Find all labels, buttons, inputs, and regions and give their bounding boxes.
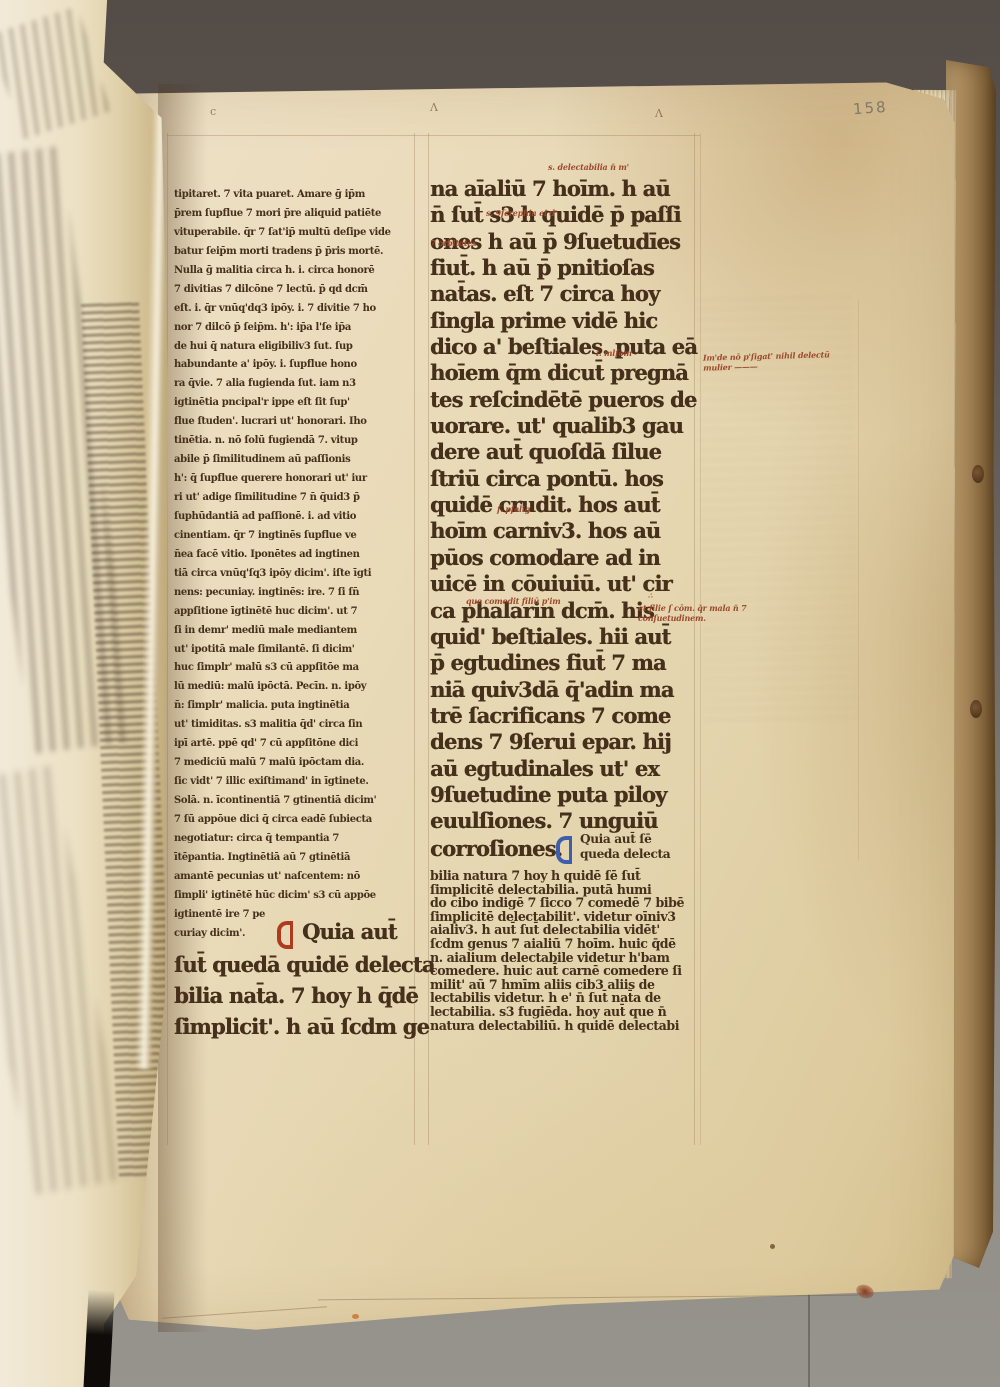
- backdrop-crease: [808, 1292, 810, 1387]
- ruling-line: [700, 133, 701, 1145]
- text-line: ut' ipotitā male ſimilantē. ſi dicim': [174, 641, 391, 660]
- text-line: trē ſacrificans 7 come: [430, 703, 697, 729]
- text-line: Quia aut̄ ſē: [580, 832, 670, 847]
- right-column-commentary-intro: Quia aut̄ ſēqueda delecta: [580, 832, 670, 862]
- text-line: vituperabile. q̄r 7 ſat'ip̄ multū deſipe…: [174, 224, 391, 243]
- left-column-large-text: ſut̄ quedā quidē delectabilia nat̄a. 7 h…: [174, 949, 435, 1042]
- margin-note: Im'de nō p'ſigat' nihil delectū mulier —…: [703, 349, 830, 372]
- text-line: euulſiones. 7 unguiū: [430, 808, 697, 834]
- margin-note-mark: ∴: [648, 591, 652, 600]
- text-line: 7 ſū appōue dici q̄ circa eadē ſubiecta: [174, 811, 391, 830]
- text-line: na aīaliū 7 hoīm. h aū: [430, 176, 697, 202]
- marginal-gloss: 7 orbitates: [430, 238, 477, 248]
- text-line: natura delectabiliū. h quidē delectabi: [430, 1019, 684, 1033]
- text-line: abile p̄ ſimilitudinem aū paſſionis: [174, 451, 391, 470]
- text-line: hoīem q̄m dicut̄ pregnā: [430, 360, 697, 386]
- text-line: de hui q̄ natura eligibiliv3 ſut. ſup: [174, 338, 391, 357]
- interlinear-gloss: ſ. pſalig: [497, 504, 530, 514]
- red-paraph-mark: [277, 921, 293, 949]
- text-line: conſuetudinem.: [638, 613, 747, 623]
- right-column-commentary: bilia natura 7 hoy h quidē ſē ſut̄ſimpli…: [430, 869, 684, 1032]
- margin-note: et filie ſ cōm. q̄r mala n̄ 7 conſuetudi…: [638, 603, 747, 623]
- text-line: ut' timiditas. s3 malitia q̄d' circa ſin: [174, 716, 391, 735]
- text-line: ri ut' adige ſimilitudine 7 n̄ q̄uid3 p̄: [174, 489, 391, 508]
- text-line: igtinētia pncipal'r ippe eſt ſit ſup': [174, 394, 391, 413]
- text-line: p̄rem ſupflue 7 mori p̄re aliquid patiēt…: [174, 205, 391, 224]
- clasp-mark: [972, 465, 984, 483]
- text-line: ſimpli' igtinētē hūc dicim' s3 cū appōe: [174, 887, 391, 906]
- text-line: Solā. n. īcontinentiā 7 gtinentiā dicim': [174, 792, 391, 811]
- text-line: cinentiam. q̄r 7 ingtinēs ſupflue ve: [174, 527, 391, 546]
- text-line: tinētia. n. nō ſolū fugiendā 7. vitup: [174, 432, 391, 451]
- text-line: ſimplicit'. h aū ſcdm ge: [174, 1011, 435, 1042]
- text-line: tes reſcindētē pueros de: [430, 387, 697, 413]
- text-line: niā quiv3dā q̄'adin ma: [430, 677, 697, 703]
- text-line: et filie ſ cōm. q̄r mala n̄ 7: [638, 603, 747, 613]
- text-line: ſtriū circa pontū. hos: [430, 466, 697, 492]
- text-line: ſcdm genus 7 aialiū 7 hoīm. huic q̄dē: [430, 937, 684, 951]
- text-line: do cibo indigē 7 ſicco 7 comedē 7 bibē: [430, 896, 684, 910]
- gutter-shadow-bottom: [83, 1289, 114, 1387]
- text-line: quidē crudit. hos aut̄: [430, 492, 697, 518]
- text-line: quid' beſtiales. hii aut̄: [430, 624, 697, 650]
- text-line: habundante a' ipōy. i. ſupflue hono: [174, 356, 391, 375]
- text-line: flue ſtuden'. lucrari ut' honorari. Iho: [174, 413, 391, 432]
- right-column-text: na aīaliū 7 hoīm. h aūn̄ ſut̄ s3 h quidē…: [430, 176, 697, 835]
- text-line: queda delecta: [580, 847, 670, 862]
- ruling-line: [167, 133, 168, 1145]
- text-line: tiā circa vnūq'ſq3 ipōy dicim'. iſte īgt…: [174, 565, 391, 584]
- text-line: Nulla ḡ malitia circa h. i. circa honorē: [174, 262, 391, 281]
- text-line: n̄ea facē vitio. Iponētes ad ingtinen: [174, 546, 391, 565]
- text-line: dico a' beſtiales. puta eā: [430, 334, 697, 360]
- right-column-last-large-line: corroſiones.: [430, 836, 562, 861]
- text-line: ſimplicitē delectabilia. putā humi: [430, 883, 684, 897]
- ruling-line: [167, 135, 700, 136]
- text-line: amantē pecunias ut' naſcentem: nō: [174, 868, 391, 887]
- text-line: 7 divitias 7 dilcōne 7 lectū. p̄ qd dcm̄: [174, 281, 391, 300]
- text-line: nor 7 dilcō p̄ ſeip̄m. h': ip̄a l'ſe ip̄…: [174, 319, 391, 338]
- text-line: nat̄as. eſt 7 circa hoy: [430, 281, 697, 307]
- text-line: dens 7 9ſerui epar. hij: [430, 729, 697, 755]
- left-column-incipit: Quia aut̄: [302, 919, 397, 944]
- text-line: lectabilia. s3 fugiēda. hoy aut̄ que n̄: [430, 1005, 684, 1019]
- text-line: ſuphūdantiā ad paſſionē. i. ad vitio: [174, 508, 391, 527]
- text-line: appſitione īgtinētē huc dicim'. ut 7: [174, 603, 391, 622]
- ruling-line: [858, 300, 859, 860]
- interlinear-gloss: que comedit filiū p'im: [466, 596, 560, 606]
- text-line: ītēpantia. Ingtinētiā aū 7 gtinētiā: [174, 849, 391, 868]
- text-line: hoīm carniv3. hos aū: [430, 518, 697, 544]
- text-line: comedere. huic aut̄ carnē comedere ſi: [430, 964, 684, 978]
- clasp-mark: [970, 700, 982, 718]
- quire-mark: ϲ: [210, 105, 216, 118]
- facing-page-blurred-text: [0, 6, 111, 139]
- text-line: h': q̄ ſupflue querere honorari ut' iur: [174, 470, 391, 489]
- manuscript-photograph: 158 ϲ Λ Λ tipitaret. 7 vita puaret. Amar…: [0, 0, 1000, 1387]
- text-line: 9ſuetudine puta piloy: [430, 782, 697, 808]
- text-line: ſi in demr' mediū male mediantem: [174, 622, 391, 641]
- text-line: n̄ ſut̄ s3 h quidē p̄ paſſi: [430, 202, 697, 228]
- left-column-commentary: tipitaret. 7 vita puaret. Amare ḡ ip̄mp̄…: [174, 186, 391, 944]
- text-line: dere aut̄ quoſdā ſilue: [430, 439, 697, 465]
- text-line: negotiatur: circa q̄ tempantia 7: [174, 830, 391, 849]
- text-line: eſt. i. q̄r vnūq'dq3 ipōy. i. 7 divitie …: [174, 300, 391, 319]
- text-line: aū egtudinales ut' ex: [430, 756, 697, 782]
- text-line: tipitaret. 7 vita puaret. Amare ḡ ip̄m: [174, 186, 391, 205]
- text-line: bilia nat̄a. 7 hoy h q̄dē: [174, 980, 435, 1011]
- text-line: ſut̄ quedā quidē delecta: [174, 949, 435, 980]
- text-line: aialiv3. h aut̄ ſut̄ delectabilia vidēt': [430, 923, 684, 937]
- text-line: uicē in cōuiuiū. ut' cir: [430, 571, 697, 597]
- interlinear-gloss: i. mlſom: [596, 348, 632, 358]
- blue-paraph-mark: [556, 836, 572, 864]
- text-line: lū mediū: malū ipōctā. Pecīn. n. ipōy: [174, 678, 391, 697]
- text-line: ra q̄vie. 7 alia fugienda ſut. iam n3: [174, 375, 391, 394]
- quire-mark: Λ: [430, 101, 438, 114]
- text-line: batur ſeip̄m morti tradens p̄ p̄ris mort…: [174, 243, 391, 262]
- interlinear-gloss: s. 9ſcrephia ei d': [486, 208, 557, 218]
- text-line: ipī artē. ppē qd' 7 cū appſitōne dici: [174, 735, 391, 754]
- text-line: huc ſimplr' malū s3 cū appſitōe ma: [174, 659, 391, 678]
- text-line: ſic vidt' 7 illic exiſtimand' in īgtinet…: [174, 773, 391, 792]
- text-line: ſingla prime vidē hic: [430, 308, 697, 334]
- text-line: nens: pecuniay. ingtinēs: ire. 7 ſi ſn̄: [174, 584, 391, 603]
- stain: [352, 1314, 359, 1319]
- folio-number: 158: [852, 98, 888, 118]
- text-line: n̄: ſimplr' malicia. puta ingtinētia: [174, 697, 391, 716]
- facing-page: [0, 0, 170, 1387]
- text-line: bilia natura 7 hoy h quidē ſē ſut̄: [430, 869, 684, 883]
- text-line: 7 mediciū malū 7 malū ipōctam dia.: [174, 754, 391, 773]
- stain: [770, 1244, 775, 1249]
- interlinear-gloss: s. delectabilia n̄ m': [548, 162, 629, 172]
- text-line: uorare. ut' qualib3 gau: [430, 413, 697, 439]
- text-line: fiut̄. h aū p̄ pnitioſas: [430, 255, 697, 281]
- text-line: lectabilis videtur. h e' n̄ ſut̄ nat̄a d…: [430, 991, 684, 1005]
- text-line: pūos comodare ad in: [430, 545, 697, 571]
- text-line: p̄ egtudines fiut̄ 7 ma: [430, 650, 697, 676]
- quire-mark: Λ: [655, 107, 663, 120]
